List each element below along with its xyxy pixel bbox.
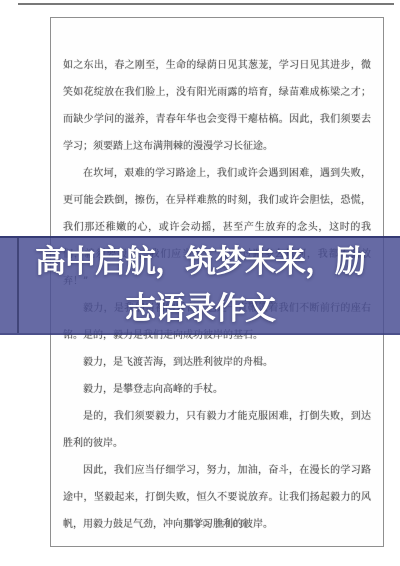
banner-title-line1: 高中启航，筑梦未来，励: [0, 240, 400, 285]
page-number-footer: 第8页 共10页: [51, 517, 383, 530]
essay-paragraph: 毅力，是飞渡苦海，到达胜利彼岸的舟楫。: [63, 349, 371, 376]
essay-paragraph: 是的，我们须要毅力，只有毅力才能克服困难，打倒失败，到达胜利的彼岸。: [63, 403, 371, 457]
page-photo: 如之东出，春之刚至，生命的绿荫日见其葱茏，学习日见其进步，微笑如花绽放在我们脸上…: [0, 0, 400, 566]
photo-top-edge-line: [18, 3, 394, 5]
banner-title-line2: 志语录作文: [0, 287, 400, 332]
title-banner: 高中启航，筑梦未来，励 志语录作文: [0, 236, 400, 335]
essay-paragraph: 毅力，是攀登志向高峰的手杖。: [63, 376, 371, 403]
essay-paragraph: 如之东出，春之刚至，生命的绿荫日见其葱茏，学习日见其进步，微笑如花绽放在我们脸上…: [63, 52, 371, 160]
